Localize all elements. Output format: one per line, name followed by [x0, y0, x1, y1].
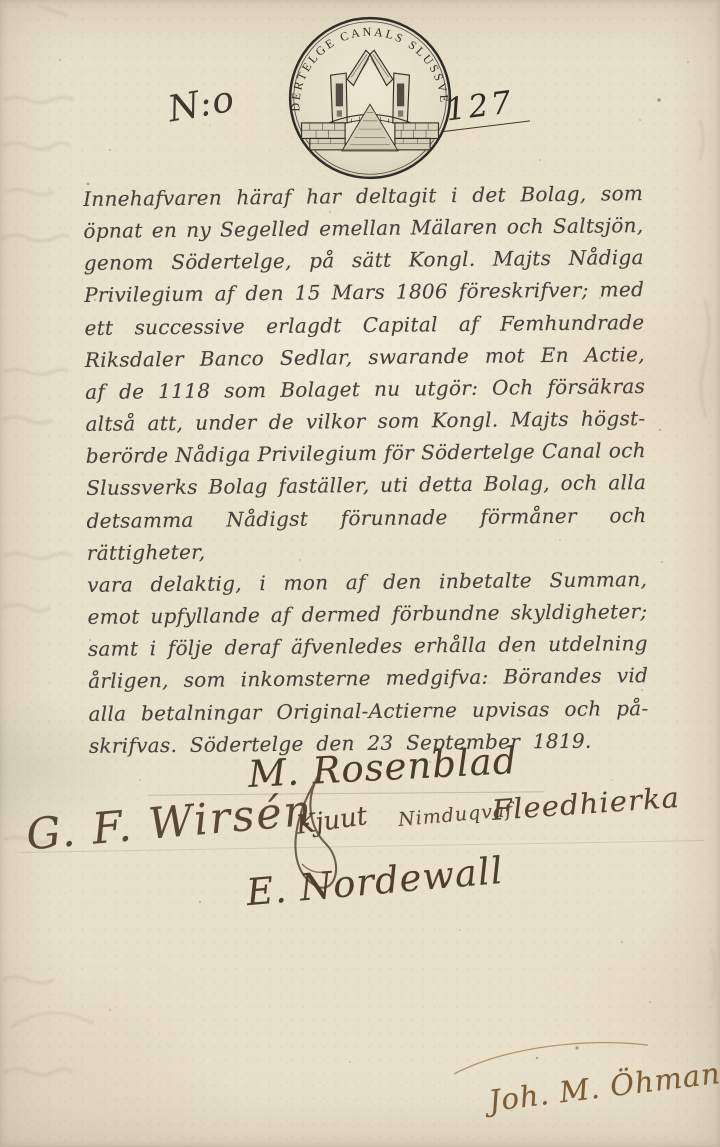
certificate-body-text: Innehafvaren häraf har deltagit i det Bo…	[83, 177, 649, 762]
body-text-line: Privilegium af den 15 Mars 1806 föreskri…	[84, 274, 644, 312]
body-text-line: Slussverks Bolag faställer, uti detta Bo…	[86, 466, 646, 504]
body-text-line: årligen, som inkomsterne medgifva: Böran…	[88, 659, 648, 697]
company-seal: SÖDERTELGE CANALS SLUSSVERK.	[287, 15, 453, 181]
body-text-line: detsamma Nådigst förunnade förmåner och …	[86, 499, 647, 569]
body-text-line: alla betalningar Original-Actierne upvis…	[88, 692, 648, 730]
